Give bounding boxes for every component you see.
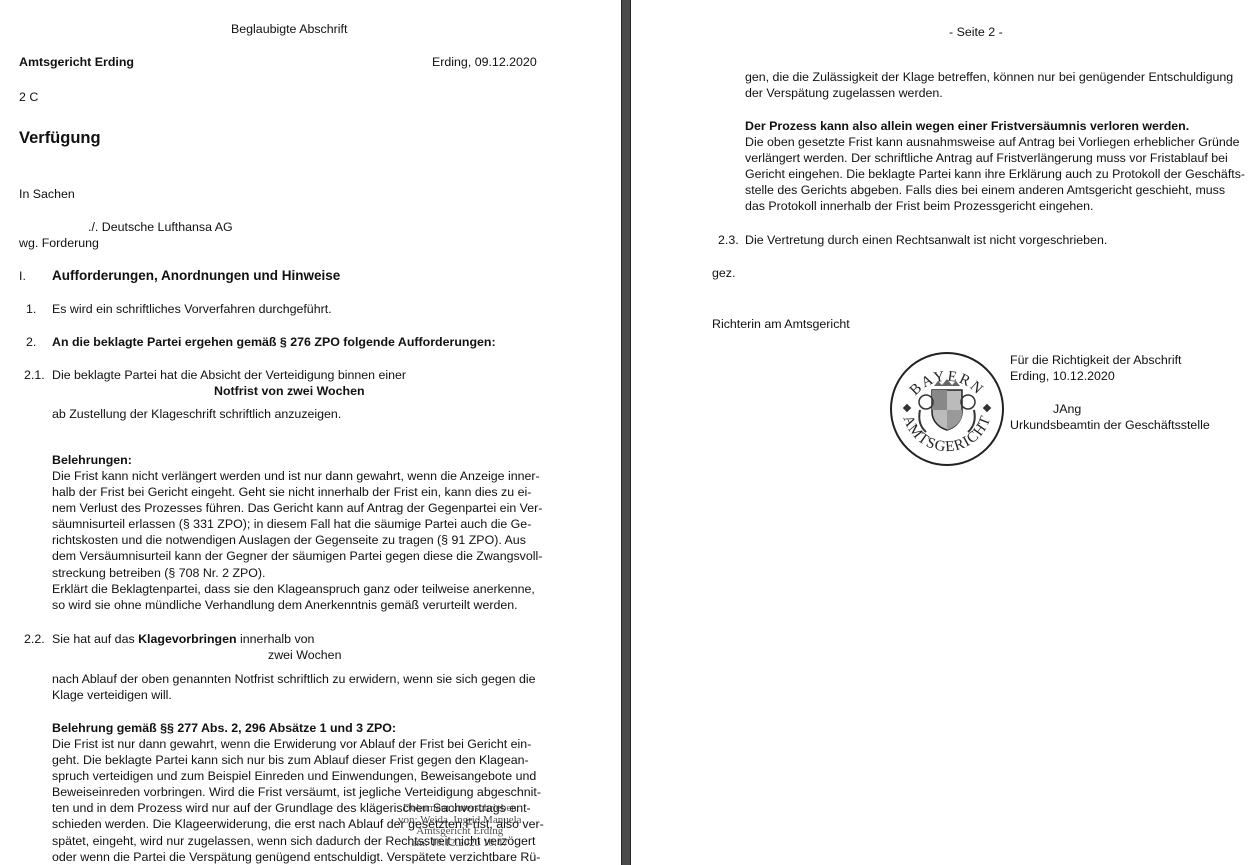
page-divider xyxy=(621,0,631,865)
document-page-2: - Seite 2 - gen, die die Zulässigkeit de… xyxy=(631,0,1257,865)
file-number: 2 C xyxy=(19,89,38,105)
extension-text: Die oben gesetzte Frist kann ausnahmswei… xyxy=(745,134,1245,214)
item-2-1-after: ab Zustellung der Klageschrift schriftli… xyxy=(52,406,341,422)
document-title: Verfügung xyxy=(19,128,101,148)
item-2-1-text: Die beklagte Partei hat die Absicht der … xyxy=(52,367,406,383)
item-2-2-number: 2.2. xyxy=(24,631,45,647)
item-1-number: 1. xyxy=(26,301,36,317)
section-title: Aufforderungen, Anordnungen und Hinweise xyxy=(52,268,340,284)
item-2-2-text: Sie hat auf das Klagevorbringen innerhal… xyxy=(52,631,314,647)
page-number: - Seite 2 - xyxy=(949,24,1003,40)
belehrungen-text: Die Frist kann nicht verlängert werden u… xyxy=(52,468,542,613)
document-page-1: Beglaubigte Abschrift Amtsgericht Erding… xyxy=(0,0,621,865)
court-seal-icon: BAYERN AMTSGERICHT xyxy=(888,350,1006,468)
certification-role: Urkundsbeamtin der Geschäftsstelle xyxy=(1010,417,1210,433)
copy-header: Beglaubigte Abschrift xyxy=(231,21,347,37)
in-sachen-label: In Sachen xyxy=(19,186,75,202)
item-2-1-number: 2.1. xyxy=(24,367,45,383)
item-2-3-text: Die Vertretung durch einen Rechtsanwalt … xyxy=(745,232,1107,248)
item-2-1-deadline: Notfrist von zwei Wochen xyxy=(214,383,365,399)
item-2-2-deadline: zwei Wochen xyxy=(268,647,341,663)
section-number: I. xyxy=(19,268,26,284)
continuation-text: gen, die die Zulässigkeit der Klage betr… xyxy=(745,69,1233,101)
place-date: Erding, 09.12.2020 xyxy=(432,54,537,70)
judge-title: Richterin am Amtsgericht xyxy=(712,316,850,332)
item-2-number: 2. xyxy=(26,334,36,350)
belehrungen-title: Belehrungen: xyxy=(52,452,132,468)
subject-line: wg. Forderung xyxy=(19,235,99,251)
belehrung-2-title: Belehrung gemäß §§ 277 Abs. 2, 296 Absät… xyxy=(52,720,396,736)
warning-text: Der Prozess kann also allein wegen einer… xyxy=(745,118,1189,134)
certification-signer: JAng xyxy=(1053,401,1081,417)
item-2-2-after: nach Ablauf der oben genannten Notfrist … xyxy=(52,671,536,703)
certification-line-1: Für die Richtigkeit der Abschrift xyxy=(1010,352,1181,368)
certification-date: Erding, 10.12.2020 xyxy=(1010,368,1115,384)
gez-label: gez. xyxy=(712,265,735,281)
court-name: Amtsgericht Erding xyxy=(19,54,134,70)
party-name: ./. Deutsche Lufthansa AG xyxy=(88,219,233,235)
item-2-3-number: 2.3. xyxy=(718,232,739,248)
item-1-text: Es wird ein schriftliches Vorverfahren d… xyxy=(52,301,332,317)
item-2-text: An die beklagte Partei ergehen gemäß § 2… xyxy=(52,334,496,350)
electronic-signature-overlay: Dokument unterschrieben von: Weida, Ingr… xyxy=(398,803,522,849)
